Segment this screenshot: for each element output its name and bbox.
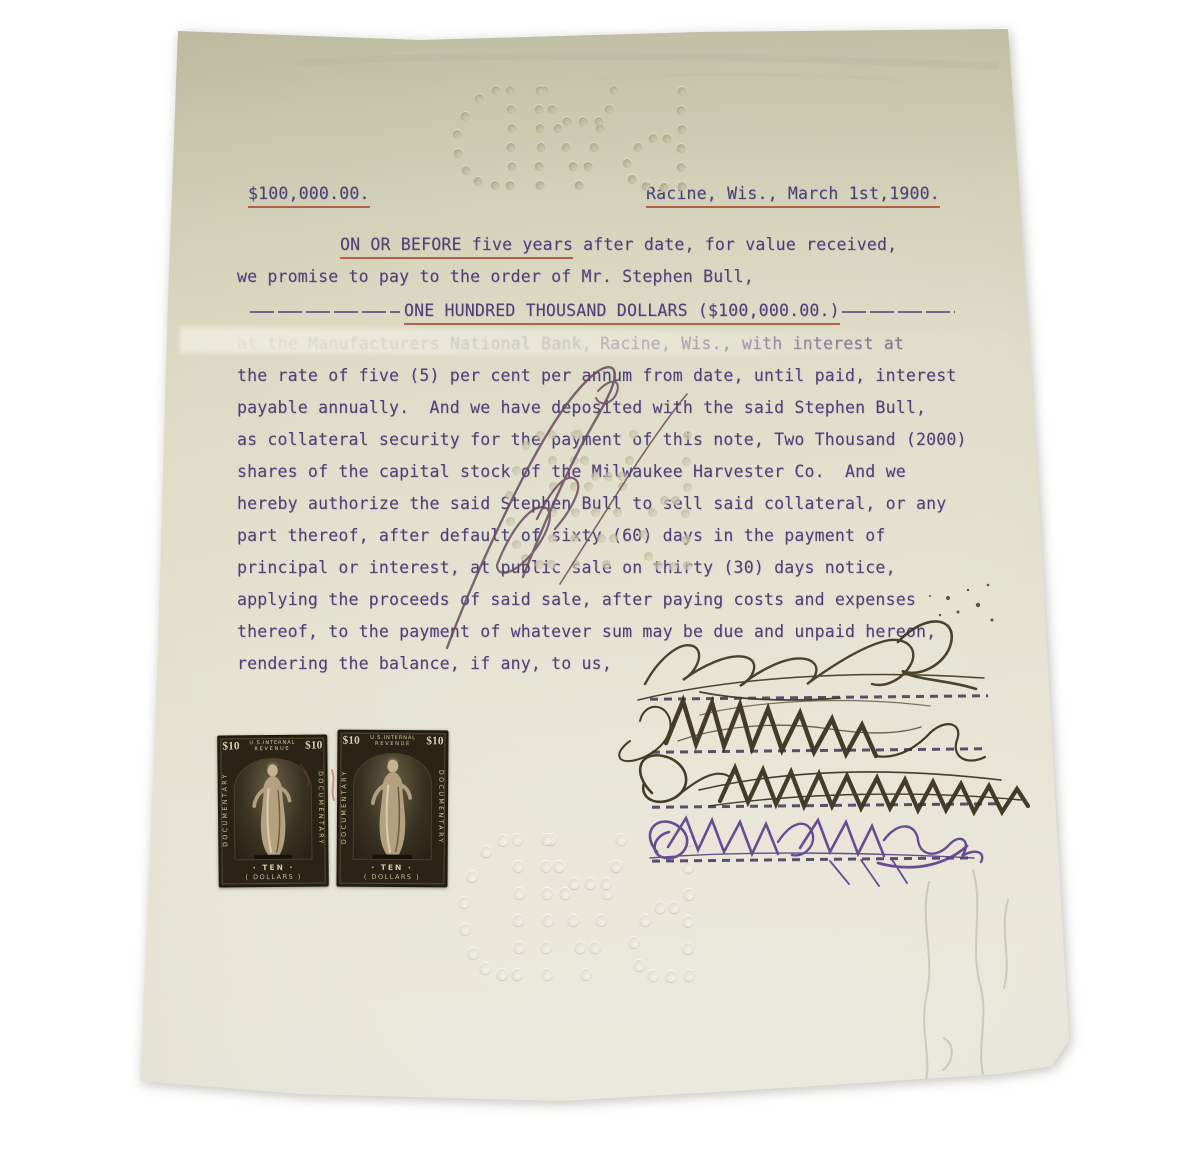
stamp-denomination: $10 [425, 733, 444, 747]
stamp-dollars-label: ( DOLLARS ) [364, 873, 420, 881]
revenue-stamp-1: $10 U.S.INTERNAL REVENUE $10 DOCUMENTARY [217, 734, 329, 887]
stamp-allegorical-figure [354, 754, 432, 860]
stamp-side-text-right: DOCUMENTARY [437, 769, 445, 844]
stamp-dollars-label: ( DOLLARS ) [245, 873, 301, 882]
stamp-header: U.S.INTERNAL REVENUE [249, 738, 295, 752]
signature-ruled-lines [0, 0, 1191, 1156]
stamp-header-line2: REVENUE [375, 741, 411, 747]
paper-wrap: $100,000.00.Racine, Wis., March 1st,1900… [0, 0, 1191, 1156]
stamp-figure-niche [233, 758, 312, 861]
stamp-side-text-left: DOCUMENTARY [222, 772, 230, 847]
stamp-figure-niche [353, 753, 433, 861]
stamp-side-text-left: DOCUMENTARY [341, 769, 349, 844]
promissory-note-paper: $100,000.00.Racine, Wis., March 1st,1900… [0, 0, 1191, 1156]
stamp-header-line2: REVENUE [254, 746, 290, 752]
signature-ruled-line [650, 694, 988, 700]
signature-ruled-line [652, 856, 972, 862]
stamp-top-band: $10 U.S.INTERNAL REVENUE $10 [221, 737, 323, 758]
stamp-header: U.S.INTERNAL REVENUE [370, 733, 416, 747]
stamp-bottom-band: · TEN · ( DOLLARS ) [340, 860, 443, 885]
signature-ruled-line [652, 747, 982, 753]
stamp-top-band: $10 U.S.INTERNAL REVENUE $10 [341, 733, 444, 754]
stamp-side-text-right: DOCUMENTARY [317, 771, 325, 846]
stamp-denomination: $10 [221, 738, 240, 752]
stamp-denomination: $10 [304, 737, 323, 751]
photo-background: $100,000.00.Racine, Wis., March 1st,1900… [0, 0, 1191, 1156]
stamp-bottom-band: · TEN · ( DOLLARS ) [223, 859, 325, 884]
stamp-middle: DOCUMENTARY DOCUMENTAR [342, 753, 444, 861]
stamp-ten-label: · TEN · [371, 863, 412, 872]
stamp-middle: DOCUMENTARY DOCUMENTAR [222, 757, 323, 860]
stamp-allegorical-figure [234, 759, 311, 860]
signature-ruled-line [652, 802, 997, 808]
revenue-stamp-2: $10 U.S.INTERNAL REVENUE $10 DOCUMENTARY [336, 730, 448, 888]
stamp-denomination: $10 [341, 733, 360, 747]
stamp-ten-label: · TEN · [253, 863, 295, 872]
